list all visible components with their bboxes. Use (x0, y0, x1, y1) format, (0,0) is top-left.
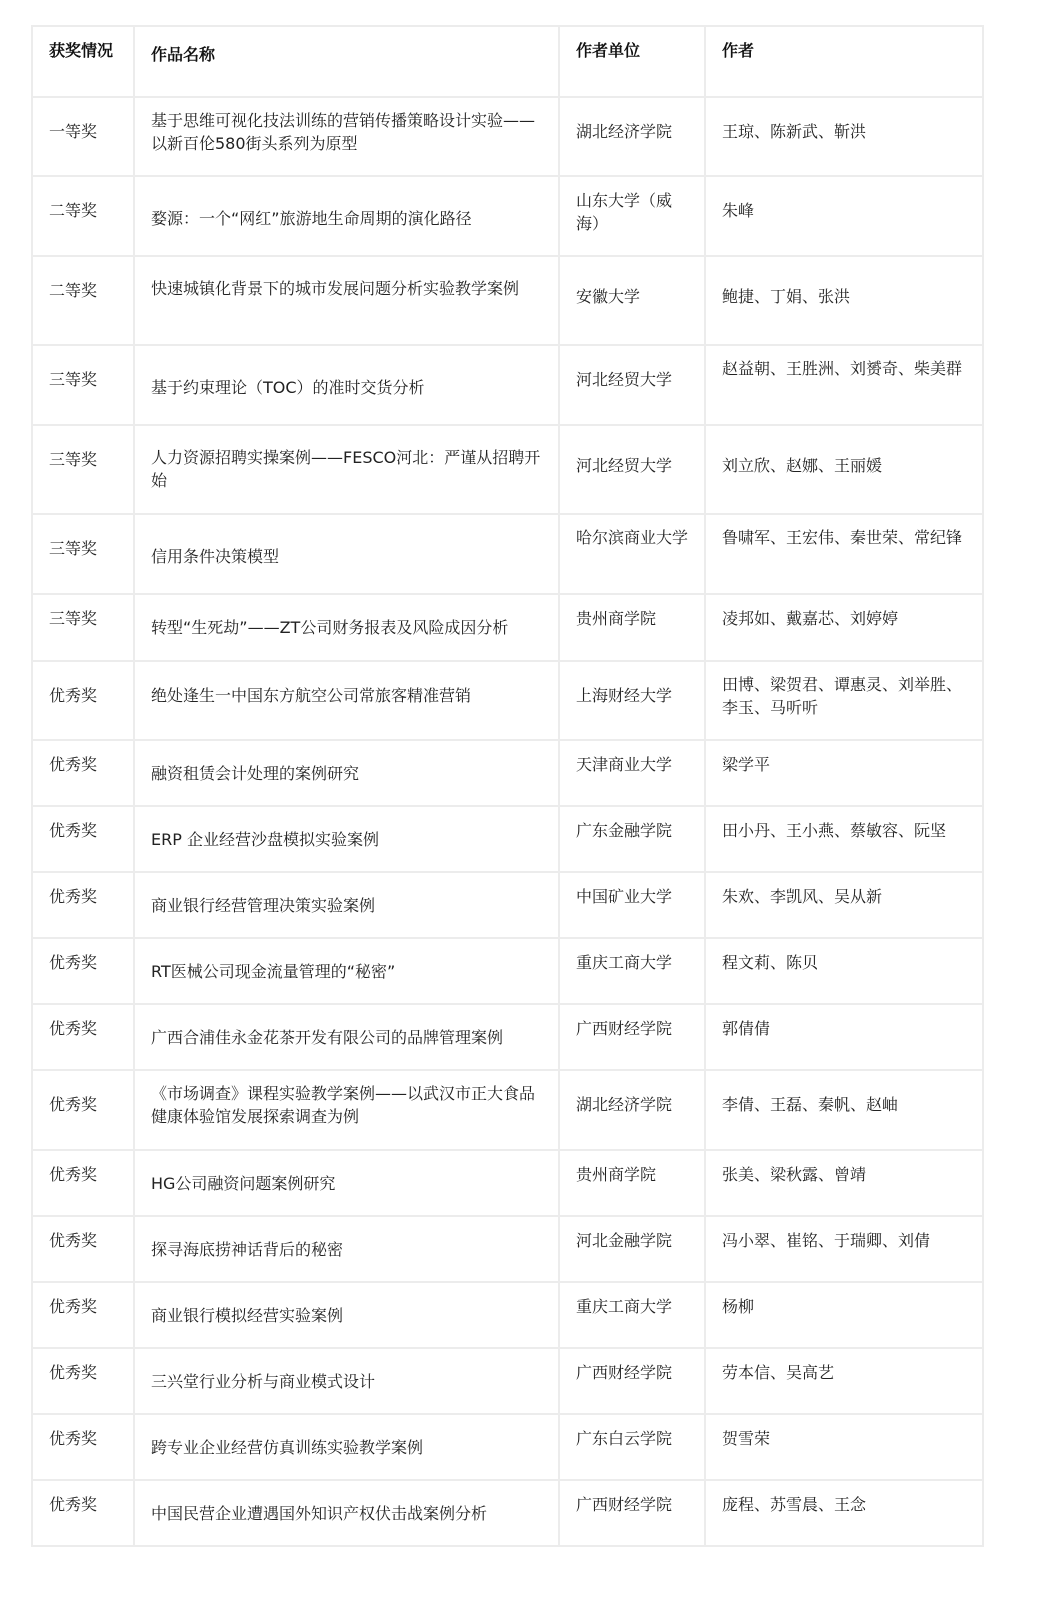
unit-cell: 湖北经济学院 (559, 97, 705, 176)
award-cell: 优秀奖 (32, 740, 134, 806)
title-cell: 商业银行经营管理决策实验案例 (134, 872, 559, 938)
table-row: 三等奖 转型“生死劫”——ZT公司财务报表及风险成因分析 贵州商学院 凌邦如、戴… (32, 594, 983, 661)
title-cell: 融资租赁会计处理的案例研究 (134, 740, 559, 806)
header-unit: 作者单位 (559, 26, 705, 97)
title-cell: 信用条件决策模型 (134, 514, 559, 594)
award-cell: 优秀奖 (32, 872, 134, 938)
table-row: 优秀奖 融资租赁会计处理的案例研究 天津商业大学 梁学平 (32, 740, 983, 806)
table-row: 优秀奖 商业银行模拟经营实验案例 重庆工商大学 杨柳 (32, 1282, 983, 1348)
title-cell: 基于思维可视化技法训练的营销传播策略设计实验——以新百伦580街头系列为原型 (134, 97, 559, 176)
unit-cell: 安徽大学 (559, 256, 705, 345)
title-cell: 广西合浦佳永金花茶开发有限公司的品牌管理案例 (134, 1004, 559, 1070)
unit-cell: 贵州商学院 (559, 594, 705, 661)
awards-table: 获奖情况 作品名称 作者单位 作者 一等奖 基于思维可视化技法训练的营销传播策略… (31, 25, 984, 1547)
authors-cell: 刘立欣、赵娜、王丽媛 (705, 425, 983, 514)
award-cell: 优秀奖 (32, 1282, 134, 1348)
title-cell: HG公司融资问题案例研究 (134, 1150, 559, 1216)
award-cell: 优秀奖 (32, 806, 134, 872)
unit-cell: 贵州商学院 (559, 1150, 705, 1216)
unit-cell: 中国矿业大学 (559, 872, 705, 938)
table-row: 三等奖 人力资源招聘实操案例——FESCO河北：严谨从招聘开始 河北经贸大学 刘… (32, 425, 983, 514)
table-row: 三等奖 信用条件决策模型 哈尔滨商业大学 鲁啸军、王宏伟、秦世荣、常纪锋 (32, 514, 983, 594)
header-authors: 作者 (705, 26, 983, 97)
award-cell: 优秀奖 (32, 1480, 134, 1546)
title-cell: 《市场调查》课程实验教学案例——以武汉市正大食品健康体验馆发展探索调查为例 (134, 1070, 559, 1150)
table-row: 优秀奖 HG公司融资问题案例研究 贵州商学院 张美、梁秋露、曾靖 (32, 1150, 983, 1216)
unit-cell: 上海财经大学 (559, 661, 705, 740)
unit-cell: 哈尔滨商业大学 (559, 514, 705, 594)
authors-cell: 郭倩倩 (705, 1004, 983, 1070)
authors-cell: 程文莉、陈贝 (705, 938, 983, 1004)
award-cell: 三等奖 (32, 425, 134, 514)
unit-cell: 广东白云学院 (559, 1414, 705, 1480)
unit-cell: 广西财经学院 (559, 1480, 705, 1546)
award-cell: 优秀奖 (32, 1004, 134, 1070)
unit-cell: 重庆工商大学 (559, 1282, 705, 1348)
table-header-row: 获奖情况 作品名称 作者单位 作者 (32, 26, 983, 97)
title-cell: 转型“生死劫”——ZT公司财务报表及风险成因分析 (134, 594, 559, 661)
unit-cell: 重庆工商大学 (559, 938, 705, 1004)
award-cell: 一等奖 (32, 97, 134, 176)
unit-cell: 河北经贸大学 (559, 425, 705, 514)
award-cell: 优秀奖 (32, 1216, 134, 1282)
authors-cell: 张美、梁秋露、曾靖 (705, 1150, 983, 1216)
table-row: 优秀奖 中国民营企业遭遇国外知识产权伏击战案例分析 广西财经学院 庞程、苏雪晨、… (32, 1480, 983, 1546)
table-row: 二等奖 婺源：一个“网红”旅游地生命周期的演化路径 山东大学（威海） 朱峰 (32, 176, 983, 256)
unit-cell: 河北金融学院 (559, 1216, 705, 1282)
title-cell: 人力资源招聘实操案例——FESCO河北：严谨从招聘开始 (134, 425, 559, 514)
authors-cell: 赵益朝、王胜洲、刘赟奇、柴美群 (705, 345, 983, 425)
authors-cell: 田小丹、王小燕、蔡敏容、阮坚 (705, 806, 983, 872)
authors-cell: 鲍捷、丁娟、张洪 (705, 256, 983, 345)
title-cell: 三兴堂行业分析与商业模式设计 (134, 1348, 559, 1414)
authors-cell: 杨柳 (705, 1282, 983, 1348)
title-cell: 跨专业企业经营仿真训练实验教学案例 (134, 1414, 559, 1480)
authors-cell: 庞程、苏雪晨、王念 (705, 1480, 983, 1546)
title-cell: 绝处逢生一中国东方航空公司常旅客精准营销 (134, 661, 559, 740)
award-cell: 优秀奖 (32, 1348, 134, 1414)
unit-cell: 广西财经学院 (559, 1348, 705, 1414)
table-row: 优秀奖 三兴堂行业分析与商业模式设计 广西财经学院 劳本信、吴高艺 (32, 1348, 983, 1414)
title-cell: ERP 企业经营沙盘模拟实验案例 (134, 806, 559, 872)
authors-cell: 朱峰 (705, 176, 983, 256)
header-title: 作品名称 (134, 26, 559, 97)
table-row: 三等奖 基于约束理论（TOC）的准时交货分析 河北经贸大学 赵益朝、王胜洲、刘赟… (32, 345, 983, 425)
award-cell: 三等奖 (32, 594, 134, 661)
title-cell: 商业银行模拟经营实验案例 (134, 1282, 559, 1348)
unit-cell: 山东大学（威海） (559, 176, 705, 256)
authors-cell: 李倩、王磊、秦帆、赵岫 (705, 1070, 983, 1150)
unit-cell: 广西财经学院 (559, 1004, 705, 1070)
award-cell: 优秀奖 (32, 938, 134, 1004)
authors-cell: 凌邦如、戴嘉芯、刘婷婷 (705, 594, 983, 661)
award-cell: 二等奖 (32, 176, 134, 256)
award-cell: 优秀奖 (32, 1150, 134, 1216)
table-row: 优秀奖 探寻海底捞神话背后的秘密 河北金融学院 冯小翠、崔铭、于瑞卿、刘倩 (32, 1216, 983, 1282)
table-row: 优秀奖 《市场调查》课程实验教学案例——以武汉市正大食品健康体验馆发展探索调查为… (32, 1070, 983, 1150)
authors-cell: 劳本信、吴高艺 (705, 1348, 983, 1414)
title-cell: 中国民营企业遭遇国外知识产权伏击战案例分析 (134, 1480, 559, 1546)
table-row: 优秀奖 ERP 企业经营沙盘模拟实验案例 广东金融学院 田小丹、王小燕、蔡敏容、… (32, 806, 983, 872)
title-cell: 探寻海底捞神话背后的秘密 (134, 1216, 559, 1282)
award-cell: 三等奖 (32, 514, 134, 594)
title-cell: RT医械公司现金流量管理的“秘密” (134, 938, 559, 1004)
authors-cell: 冯小翠、崔铭、于瑞卿、刘倩 (705, 1216, 983, 1282)
award-cell: 优秀奖 (32, 1414, 134, 1480)
authors-cell: 田博、梁贺君、谭惠灵、刘举胜、李玉、马听听 (705, 661, 983, 740)
table-row: 优秀奖 商业银行经营管理决策实验案例 中国矿业大学 朱欢、李凯风、吴从新 (32, 872, 983, 938)
unit-cell: 天津商业大学 (559, 740, 705, 806)
authors-cell: 朱欢、李凯风、吴从新 (705, 872, 983, 938)
authors-cell: 鲁啸军、王宏伟、秦世荣、常纪锋 (705, 514, 983, 594)
award-cell: 二等奖 (32, 256, 134, 345)
title-cell: 婺源：一个“网红”旅游地生命周期的演化路径 (134, 176, 559, 256)
table-row: 优秀奖 跨专业企业经营仿真训练实验教学案例 广东白云学院 贺雪荣 (32, 1414, 983, 1480)
title-cell: 基于约束理论（TOC）的准时交货分析 (134, 345, 559, 425)
table-row: 二等奖 快速城镇化背景下的城市发展问题分析实验教学案例 安徽大学 鲍捷、丁娟、张… (32, 256, 983, 345)
table-row: 优秀奖 绝处逢生一中国东方航空公司常旅客精准营销 上海财经大学 田博、梁贺君、谭… (32, 661, 983, 740)
unit-cell: 河北经贸大学 (559, 345, 705, 425)
authors-cell: 梁学平 (705, 740, 983, 806)
table-row: 一等奖 基于思维可视化技法训练的营销传播策略设计实验——以新百伦580街头系列为… (32, 97, 983, 176)
table-row: 优秀奖 广西合浦佳永金花茶开发有限公司的品牌管理案例 广西财经学院 郭倩倩 (32, 1004, 983, 1070)
award-cell: 优秀奖 (32, 661, 134, 740)
title-cell: 快速城镇化背景下的城市发展问题分析实验教学案例 (134, 256, 559, 345)
award-cell: 三等奖 (32, 345, 134, 425)
table-row: 优秀奖 RT医械公司现金流量管理的“秘密” 重庆工商大学 程文莉、陈贝 (32, 938, 983, 1004)
unit-cell: 湖北经济学院 (559, 1070, 705, 1150)
authors-cell: 贺雪荣 (705, 1414, 983, 1480)
award-cell: 优秀奖 (32, 1070, 134, 1150)
header-award: 获奖情况 (32, 26, 134, 97)
authors-cell: 王琼、陈新武、靳洪 (705, 97, 983, 176)
unit-cell: 广东金融学院 (559, 806, 705, 872)
